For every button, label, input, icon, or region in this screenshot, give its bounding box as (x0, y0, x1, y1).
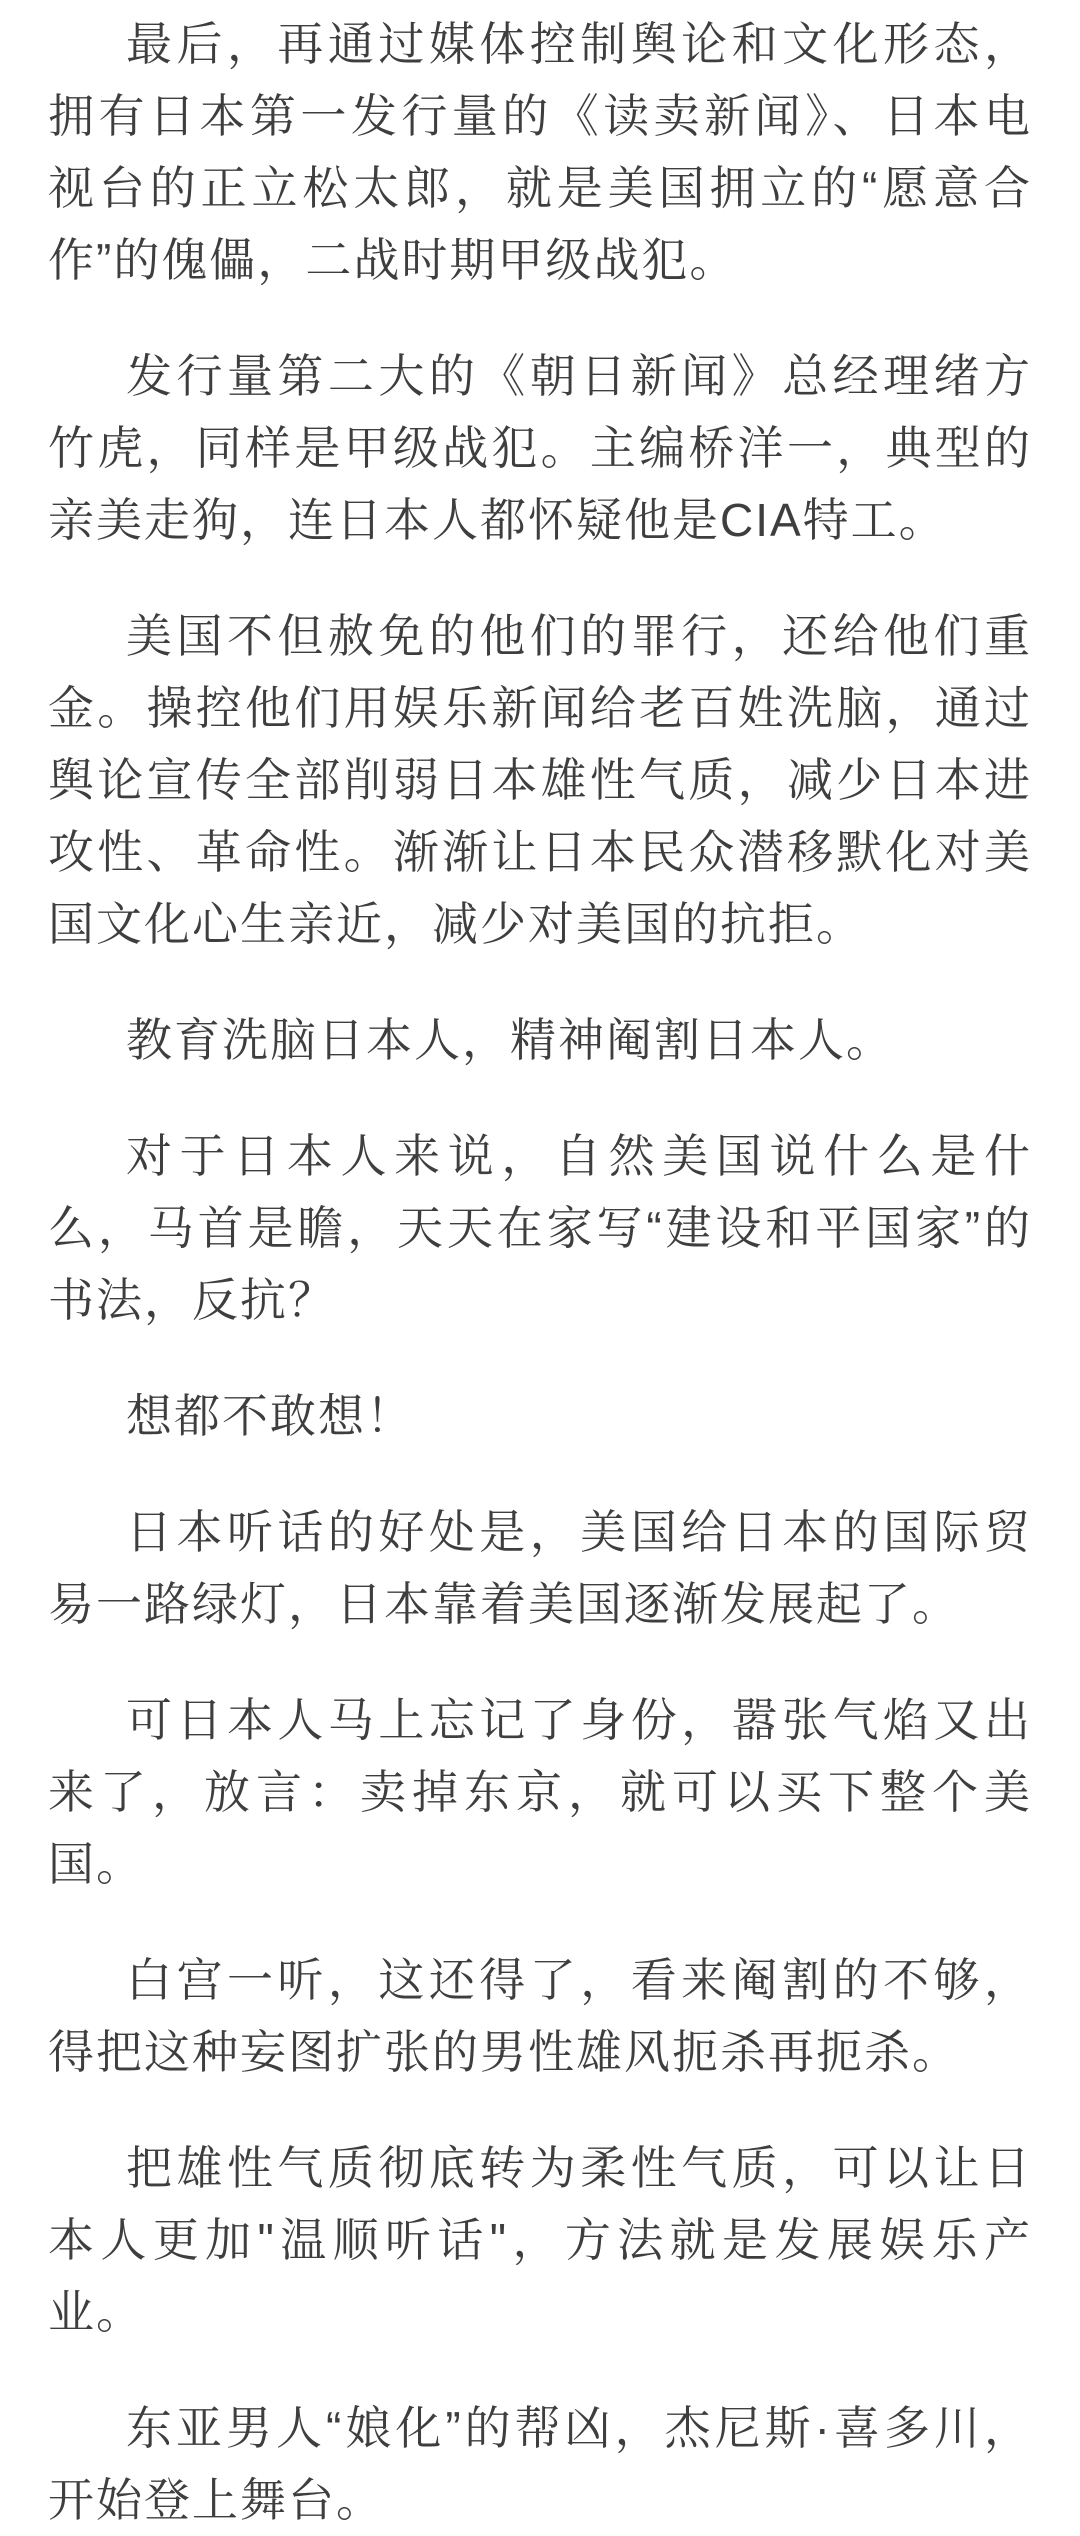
paragraph: 最后，再通过媒体控制舆论和文化形态，拥有日本第一发行量的《读卖新闻》、日本电视台… (48, 8, 1032, 296)
paragraph: 对于日本人来说，自然美国说什么是什么，马首是瞻，天天在家写“建设和平国家”的书法… (48, 1120, 1032, 1336)
paragraph: 想都不敢想！ (48, 1380, 1032, 1452)
paragraph: 把雄性气质彻底转为柔性气质，可以让日本人更加"温顺听话"，方法就是发展娱乐产业。 (48, 2132, 1032, 2348)
paragraph: 东亚男人“娘化”的帮凶，杰尼斯·喜多川，开始登上舞台。 (48, 2392, 1032, 2536)
paragraph: 白宫一听，这还得了，看来阉割的不够，得把这种妄图扩张的男性雄风扼杀再扼杀。 (48, 1944, 1032, 2088)
paragraph: 日本听话的好处是，美国给日本的国际贸易一路绿灯，日本靠着美国逐渐发展起了。 (48, 1496, 1032, 1640)
paragraph: 可日本人马上忘记了身份，嚣张气焰又出来了，放言：卖掉东京，就可以买下整个美国。 (48, 1684, 1032, 1900)
article-body: 最后，再通过媒体控制舆论和文化形态，拥有日本第一发行量的《读卖新闻》、日本电视台… (0, 0, 1080, 2536)
paragraph: 教育洗脑日本人，精神阉割日本人。 (48, 1004, 1032, 1076)
paragraph: 美国不但赦免的他们的罪行，还给他们重金。操控他们用娱乐新闻给老百姓洗脑，通过舆论… (48, 600, 1032, 960)
paragraph: 发行量第二大的《朝日新闻》总经理绪方竹虎，同样是甲级战犯。主编桥洋一，典型的亲美… (48, 340, 1032, 556)
